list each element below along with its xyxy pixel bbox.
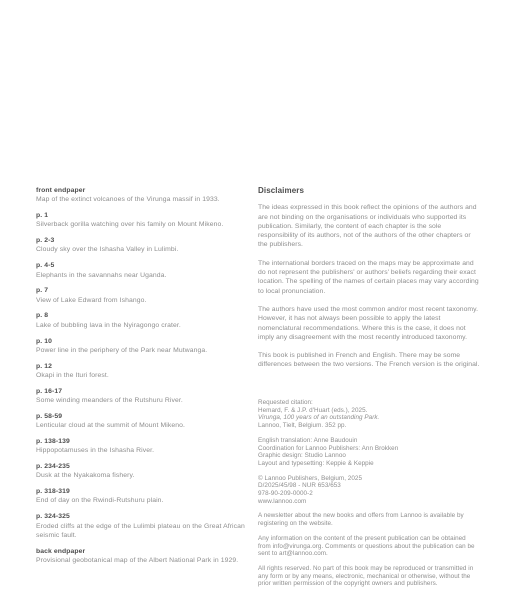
caption-item: p. 16-17 Some winding meanders of the Ru… (36, 387, 250, 406)
caption-text: Hippopotamuses in the Ishasha River. (36, 446, 250, 455)
rights-statement: All rights reserved. No part of this boo… (258, 565, 480, 588)
caption-text: End of day on the Rwindi-Rutshuru plain. (36, 496, 250, 505)
credit-line: English translation: Anne Baudouin (258, 437, 480, 445)
contact-note: Any information on the content of the pr… (258, 535, 480, 558)
disclaimers-section: Disclaimers The ideas expressed in this … (258, 186, 480, 379)
caption-item: front endpaper Map of the extinct volcan… (36, 186, 250, 205)
imprint-line: D/2025/45/98 - NUR 653/653 (258, 482, 480, 490)
caption-text: Provisional geobotanical map of the Albe… (36, 556, 250, 565)
caption-item: p. 138-139 Hippopotamuses in the Ishasha… (36, 437, 250, 456)
caption-page-label: p. 12 (36, 362, 250, 371)
caption-page-label: p. 324-325 (36, 512, 250, 521)
caption-page-label: p. 10 (36, 337, 250, 346)
caption-page-label: p. 8 (36, 311, 250, 320)
caption-page-label: p. 2-3 (36, 236, 250, 245)
citation-book-title: Virunga, 100 years of an outstanding Par… (258, 414, 480, 422)
caption-item: p. 12 Okapi in the Ituri forest. (36, 362, 250, 381)
citation-publisher: Lannoo, Tielt, Belgium. 352 pp. (258, 422, 480, 430)
disclaimers-paragraphs: The ideas expressed in this book reflect… (258, 203, 480, 369)
citation-block: Requested citation: Hemard, F. & J.P. d'… (258, 399, 480, 430)
caption-item: back endpaper Provisional geobotanical m… (36, 547, 250, 566)
disclaimers-heading: Disclaimers (258, 186, 480, 195)
colophon-section: Requested citation: Hemard, F. & J.P. d'… (258, 399, 480, 595)
photo-captions-column: front endpaper Map of the extinct volcan… (36, 186, 250, 572)
caption-text: Lake of bubbling lava in the Nyiragongo … (36, 321, 250, 330)
caption-item: p. 4-5 Elephants in the savannahs near U… (36, 261, 250, 280)
caption-page-label: p. 7 (36, 286, 250, 295)
caption-page-label: p. 138-139 (36, 437, 250, 446)
caption-item: p. 234-235 Dusk at the Nyakakoma fishery… (36, 462, 250, 481)
disclaimer-paragraph: The ideas expressed in this book reflect… (258, 203, 480, 249)
caption-item: p. 7 View of Lake Edward from Ishango. (36, 286, 250, 305)
caption-item: p. 8 Lake of bubbling lava in the Nyirag… (36, 311, 250, 330)
caption-page-label: p. 1 (36, 211, 250, 220)
imprint-line: www.lannoo.com (258, 498, 480, 506)
book-colophon-page: front endpaper Map of the extinct volcan… (0, 0, 511, 600)
caption-text: Silverback gorilla watching over his fam… (36, 220, 250, 229)
disclaimer-paragraph: This book is published in French and Eng… (258, 351, 480, 370)
credit-line: Coordination for Lannoo Publishers: Ann … (258, 445, 480, 453)
credit-line: Graphic design: Studio Lannoo (258, 452, 480, 460)
caption-text: Dusk at the Nyakakoma fishery. (36, 471, 250, 480)
caption-text: View of Lake Edward from Ishango. (36, 296, 250, 305)
caption-text: Eroded cliffs at the edge of the Lulimbi… (36, 522, 250, 541)
caption-item: p. 1 Silverback gorilla watching over hi… (36, 211, 250, 230)
caption-text: Some winding meanders of the Rutshuru Ri… (36, 396, 250, 405)
caption-item: p. 318-319 End of day on the Rwindi-Ruts… (36, 487, 250, 506)
caption-page-label: p. 58-59 (36, 412, 250, 421)
caption-page-label: p. 16-17 (36, 387, 250, 396)
caption-page-label: p. 234-235 (36, 462, 250, 471)
imprint-line: © Lannoo Publishers, Belgium, 2025 (258, 475, 480, 483)
newsletter-note: A newsletter about the new books and off… (258, 512, 480, 527)
caption-page-label: p. 4-5 (36, 261, 250, 270)
disclaimer-paragraph: The international borders traced on the … (258, 259, 480, 296)
credits-block: English translation: Anne Baudouin Coord… (258, 437, 480, 468)
disclaimer-paragraph: The authors have used the most common an… (258, 305, 480, 342)
caption-page-label: p. 318-319 (36, 487, 250, 496)
caption-text: Cloudy sky over the Ishasha Valley in Lu… (36, 245, 250, 254)
credit-line: Layout and typesetting: Keppie & Keppie (258, 460, 480, 468)
caption-page-label: front endpaper (36, 186, 250, 195)
caption-page-label: back endpaper (36, 547, 250, 556)
caption-item: p. 10 Power line in the periphery of the… (36, 337, 250, 356)
caption-item: p. 58-59 Lenticular cloud at the summit … (36, 412, 250, 431)
imprint-block: © Lannoo Publishers, Belgium, 2025 D/202… (258, 475, 480, 506)
caption-text: Lenticular cloud at the summit of Mount … (36, 421, 250, 430)
caption-text: Map of the extinct volcanoes of the Viru… (36, 195, 250, 204)
caption-item: p. 2-3 Cloudy sky over the Ishasha Valle… (36, 236, 250, 255)
citation-intro: Requested citation: (258, 399, 480, 407)
caption-text: Elephants in the savannahs near Uganda. (36, 271, 250, 280)
caption-item: p. 324-325 Eroded cliffs at the edge of … (36, 512, 250, 540)
caption-text: Okapi in the Ituri forest. (36, 371, 250, 380)
imprint-line: 978-90-209-0000-2 (258, 490, 480, 498)
caption-text: Power line in the periphery of the Park … (36, 346, 250, 355)
citation-authors: Hemard, F. & J.P. d'Huart (eds.), 2025. (258, 407, 480, 415)
